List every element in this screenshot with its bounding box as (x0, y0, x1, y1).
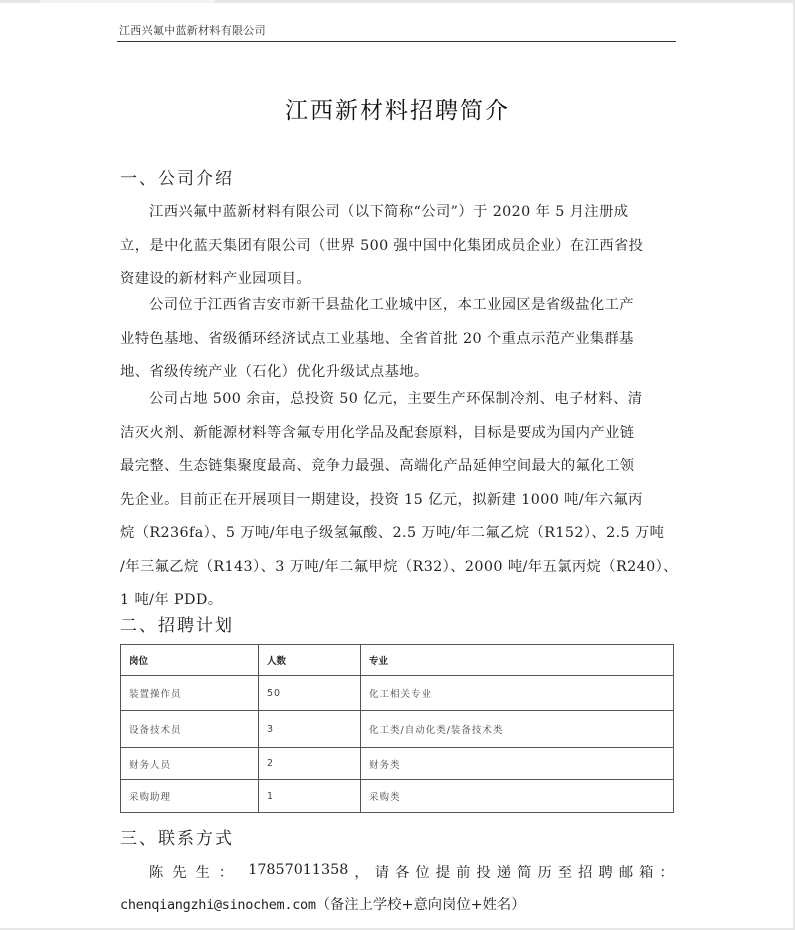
contact-phone[interactable]: 17857011358 (248, 862, 348, 882)
cell-position: 采购助理 (121, 780, 259, 813)
section-heading-contact: 三、联系方式 (120, 824, 234, 849)
instruction-char: 提 (436, 862, 450, 882)
section-heading-recruitment-plan: 二、招聘计划 (120, 611, 234, 636)
cell-major: 财务类 (361, 748, 674, 780)
contact-email-line: chenqiangzhi@sinochem.com（备注上学校+意向岗位+姓名） (120, 894, 674, 914)
instruction-char: 递 (497, 862, 511, 882)
instruction-char: 位 (415, 862, 429, 882)
instruction-char: 前 (456, 862, 470, 882)
instruction-char: 聘 (598, 862, 612, 882)
cell-headcount: 3 (259, 711, 361, 748)
instruction-char: 请 (375, 862, 389, 882)
paragraph-line: 最完整、生态链集聚度最高、竞争力最强、高端化产品延伸空间最大的氟化工领 (120, 450, 674, 484)
column-header-headcount: 人数 (259, 645, 361, 676)
cell-position: 财务人员 (121, 748, 259, 780)
table-row: 财务人员 2 财务类 (121, 748, 674, 780)
contact-email[interactable]: chenqiangzhi@sinochem.com (120, 897, 316, 913)
cell-headcount: 1 (259, 780, 361, 813)
instruction-char: 历 (537, 862, 551, 882)
paragraph-line: 洁灭火剂、新能源材料等含氟专用化学品及配套原料，目标是要成为国内产业链 (120, 417, 674, 451)
paragraph-line: 立，是中化蓝天集团有限公司（世界 500 强中国中化集团成员企业）在江西省投 (120, 230, 674, 264)
paragraph-line: 江西兴氟中蓝新材料有限公司（以下简称“公司”）于 2020 年 5 月注册成 (120, 196, 674, 230)
text-line: 江西兴氟中蓝新材料有限公司（以下简称“公司”）于 2020 年 5 月注册成 (149, 204, 629, 220)
table-header-row: 岗位 人数 专业 (121, 645, 674, 676)
paragraph-line: 烷（R236fa）、5 万吨/年电子级氢氟酸、2.5 万吨/年二氟乙烷（R152… (120, 517, 674, 551)
text-line: 公司位于江西省吉安市新干县盐化工业城中区，本工业园区是省级盐化工产 (149, 297, 634, 313)
paragraph-line: 先企业。目前正在开展项目一期建设，投资 15 亿元，拟新建 1000 吨/年六氟… (120, 484, 674, 518)
recruitment-table: 岗位 人数 专业 装置操作员 50 化工相关专业 设备技术员 3 化工类/自动化… (120, 644, 674, 813)
paragraph-line: /年三氟乙烷（R143）、3 万吨/年二氟甲烷（R32）、2000 吨/年五氯丙… (120, 551, 674, 585)
text-line: 公司占地 500 余亩，总投资 50 亿元，主要生产环保制冷剂、电子材料、清 (149, 391, 642, 407)
document-title: 江西新材料招聘简介 (0, 92, 795, 125)
cell-major: 化工类/自动化类/装备技术类 (361, 711, 674, 748)
page-header: 江西兴氟中蓝新材料有限公司 (117, 19, 676, 42)
contact-person: 陈先生： (149, 862, 242, 882)
instruction-char: 各 (395, 862, 409, 882)
paragraph-company-investment: 公司占地 500 余亩，总投资 50 亿元，主要生产环保制冷剂、电子材料、清 洁… (120, 383, 674, 618)
paragraph-line: 公司位于江西省吉安市新干县盐化工业城中区，本工业园区是省级盐化工产 (120, 289, 674, 323)
section-heading-company-intro: 一、公司介绍 (120, 164, 234, 189)
instruction-char: 简 (517, 862, 531, 882)
cell-major: 化工相关专业 (361, 676, 674, 711)
instruction-char: 投 (476, 862, 490, 882)
paragraph-company-overview: 江西兴氟中蓝新材料有限公司（以下简称“公司”）于 2020 年 5 月注册成 立… (120, 196, 674, 297)
column-header-position: 岗位 (121, 645, 259, 676)
header-company-name: 江西兴氟中蓝新材料有限公司 (117, 24, 266, 37)
instruction-char: 招 (578, 862, 592, 882)
cell-headcount: 50 (259, 676, 361, 711)
instruction-char: 箱 (639, 862, 653, 882)
paragraph-company-location: 公司位于江西省吉安市新干县盐化工业城中区，本工业园区是省级盐化工产 业特色基地、… (120, 289, 674, 390)
cell-position: 设备技术员 (121, 711, 259, 748)
table-row: 装置操作员 50 化工相关专业 (121, 676, 674, 711)
paragraph-line: 公司占地 500 余亩，总投资 50 亿元，主要生产环保制冷剂、电子材料、清 (120, 383, 674, 417)
table-row: 设备技术员 3 化工类/自动化类/装备技术类 (121, 711, 674, 748)
instruction-char: ， (354, 862, 368, 882)
contact-note: （备注上学校+意向岗位+姓名） (316, 897, 526, 913)
cell-headcount: 2 (259, 748, 361, 780)
contact-info-line: 陈先生： 17857011358 ， 请 各 位 提 前 投 递 简 历 至 招… (149, 862, 674, 882)
viewer-top-edge-gap (40, 0, 215, 3)
instruction-char: ： (660, 862, 674, 882)
cell-position: 装置操作员 (121, 676, 259, 711)
viewer-top-edge (0, 0, 795, 3)
table-row: 采购助理 1 采购类 (121, 780, 674, 813)
instruction-char: 邮 (619, 862, 633, 882)
cell-major: 采购类 (361, 780, 674, 813)
instruction-char: 至 (558, 862, 572, 882)
column-header-major: 专业 (361, 645, 674, 676)
paragraph-line: 业特色基地、省级循环经济试点工业基地、全省首批 20 个重点示范产业集群基 (120, 323, 674, 357)
